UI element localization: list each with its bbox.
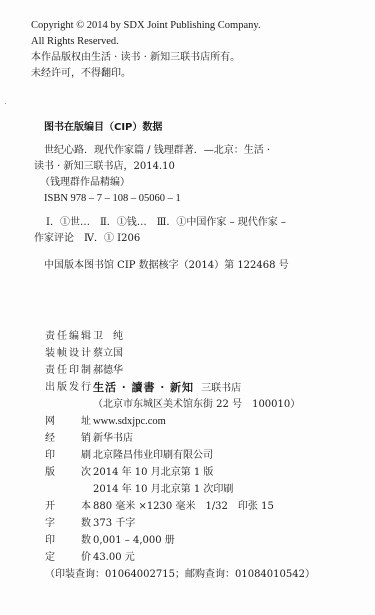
cip-isbn: ISBN 978 – 7 – 108 – 05060 – 1 xyxy=(44,192,181,205)
colophon-word-count: 字 数 373 千字 xyxy=(45,517,135,530)
print-supervisor-label: 责任印制 xyxy=(45,364,91,377)
colophon-editor: 责任编辑 卫 纯 xyxy=(45,330,123,343)
format-value: 880 毫米 ×1230 毫米 1/32 印张 15 xyxy=(91,500,274,513)
copyright-line: Copyright © 2014 by SDX Joint Publishing… xyxy=(31,19,261,32)
printer-label: 印 刷 xyxy=(45,449,91,462)
cip-subject-line1: Ⅰ．①世… Ⅱ．①钱… Ⅲ．①中国作家 – 现代作家 – xyxy=(46,216,286,229)
website-label: 网 址 xyxy=(45,415,91,428)
no-reprint-line: 未经许可，不得翻印。 xyxy=(31,67,131,80)
publisher-address: （北京市东城区美术馆东街 22 号 100010） xyxy=(93,398,300,411)
print-supervisor-value: 郝德华 xyxy=(91,364,123,377)
rights-reserved-line: All Rights Reserved. xyxy=(31,35,119,48)
format-label: 开 本 xyxy=(45,500,91,513)
cip-record-number: 中国版本图书馆 CIP 数据核字（2014）第 122468 号 xyxy=(44,259,289,272)
colophon-cover-design: 装帧设计 蔡立国 xyxy=(45,347,123,360)
cip-entry-line1: 世纪心路．现代作家篇 / 钱理群著．—北京：生活 · xyxy=(44,144,270,157)
colophon-publisher: 出版发行 生活 · 讀書 · 新知 三联书店 xyxy=(45,381,241,395)
word-count-value: 373 千字 xyxy=(91,517,135,530)
colophon-price: 定 价 43.00 元 xyxy=(45,551,135,564)
printer-value: 北京隆昌伟业印刷有限公司 xyxy=(91,449,213,462)
colophon-format: 开 本 880 毫米 ×1230 毫米 1/32 印张 15 xyxy=(45,500,274,513)
edition-label: 版 次 xyxy=(45,466,91,479)
colophon-edition: 版 次 2014 年 10 月北京第 1 版 xyxy=(45,466,213,479)
website-value: www.sdxjpc.com xyxy=(91,415,166,428)
inquiry-line: （印装查询：01064002715；邮购查询：01084010542） xyxy=(45,568,315,581)
colophon-distributor: 经 销 新华书店 xyxy=(45,432,133,445)
colophon-printer: 印 刷 北京隆昌伟业印刷有限公司 xyxy=(45,449,213,462)
editor-label: 责任编辑 xyxy=(45,330,91,343)
publisher-brand-logo: 生活 · 讀書 · 新知 xyxy=(93,381,194,394)
colophon-website: 网 址 www.sdxjpc.com xyxy=(45,415,166,428)
price-value: 43.00 元 xyxy=(91,551,135,564)
cover-design-label: 装帧设计 xyxy=(45,347,91,360)
copyright-page: Copyright © 2014 by SDX Joint Publishing… xyxy=(0,0,375,615)
cip-series: （钱理群作品精编） xyxy=(40,176,130,189)
edition-printing: 2014 年 10 月北京第 1 次印刷 xyxy=(93,483,233,496)
cip-title: 图书在版编目（CIP）数据 xyxy=(44,121,162,134)
edition-value: 2014 年 10 月北京第 1 版 xyxy=(91,466,213,479)
scan-speck xyxy=(5,103,6,104)
cover-design-value: 蔡立国 xyxy=(91,347,123,360)
distributor-label: 经 销 xyxy=(45,432,91,445)
cip-entry-line2: 读书 · 新知三联书店，2014.10 xyxy=(34,160,175,173)
editor-value: 卫 纯 xyxy=(91,330,123,343)
publisher-name: 三联书店 xyxy=(201,383,241,394)
print-run-value: 0,001 – 4,000 册 xyxy=(91,534,175,547)
publisher-label: 出版发行 xyxy=(45,381,91,395)
distributor-value: 新华书店 xyxy=(91,432,133,445)
colophon-print-supervisor: 责任印制 郝德华 xyxy=(45,364,123,377)
cip-subject-line2: 作家评论 Ⅳ．① I206 xyxy=(34,232,140,245)
copyright-owner-line: 本作品版权由生活 · 读书 · 新知三联书店所有。 xyxy=(31,51,240,64)
print-run-label: 印 数 xyxy=(45,534,91,547)
word-count-label: 字 数 xyxy=(45,517,91,530)
colophon-print-run: 印 数 0,001 – 4,000 册 xyxy=(45,534,175,547)
price-label: 定 价 xyxy=(45,551,91,564)
